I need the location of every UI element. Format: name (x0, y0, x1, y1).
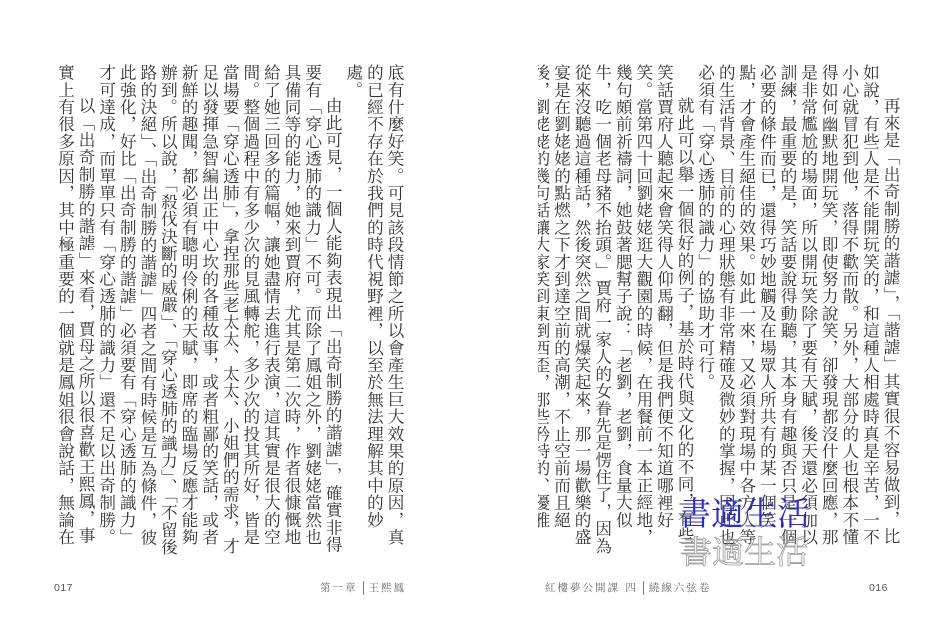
running-head: 第一章 王熙鳳 (320, 580, 406, 595)
running-head: 紅樓夢公開課 四 繞線六弦卷 (545, 580, 711, 595)
right-page: 再來是「出奇制勝的諧謔」，「諧謔」其實很不容易做到，比如說，有些人是不能開玩笑的… (472, 0, 945, 639)
book-series: 紅樓夢公開課 四 (545, 580, 638, 595)
paragraph: 以「出奇制勝的諧謔」來看，賈母之所以很喜歡王熙鳳，事實上有很多原因，其中極重要的… (54, 64, 95, 559)
paragraph: 底有什麼好笑。可見該段情節之所以會產生巨大效果的原因，真的已經不存在於我們的時代… (342, 64, 404, 559)
paragraph: 由此可見，一個人能夠表現出「出奇制勝的諧謔」，確實非得要有「穿心透肺的識力」不可… (95, 64, 342, 559)
chapter-title: 王熙鳳 (369, 580, 407, 595)
page-number: 017 (54, 582, 73, 594)
divider (643, 581, 644, 595)
chapter-label: 第一章 (320, 580, 358, 595)
left-page: 底有什麼好笑。可見該段情節之所以會產生巨大效果的原因，真的已經不存在於我們的時代… (0, 0, 472, 639)
page-number: 016 (869, 582, 888, 594)
paragraph: 再來是「出奇制勝的諧謔」，「諧謔」其實很不容易做到，比如說，有些人是不能開玩笑的… (694, 64, 900, 559)
divider (363, 581, 364, 595)
left-page-body: 底有什麼好笑。可見該段情節之所以會產生巨大效果的原因，真的已經不存在於我們的時代… (54, 64, 404, 559)
paragraph: 就此可以舉一個很好的例子，基於時代與文化的不同，有些笑話賈府人聽起來會笑得人仰馬… (538, 64, 694, 559)
right-page-body: 再來是「出奇制勝的諧謔」，「諧謔」其實很不容易做到，比如說，有些人是不能開玩笑的… (538, 64, 900, 559)
book-title: 繞線六弦卷 (649, 580, 712, 595)
